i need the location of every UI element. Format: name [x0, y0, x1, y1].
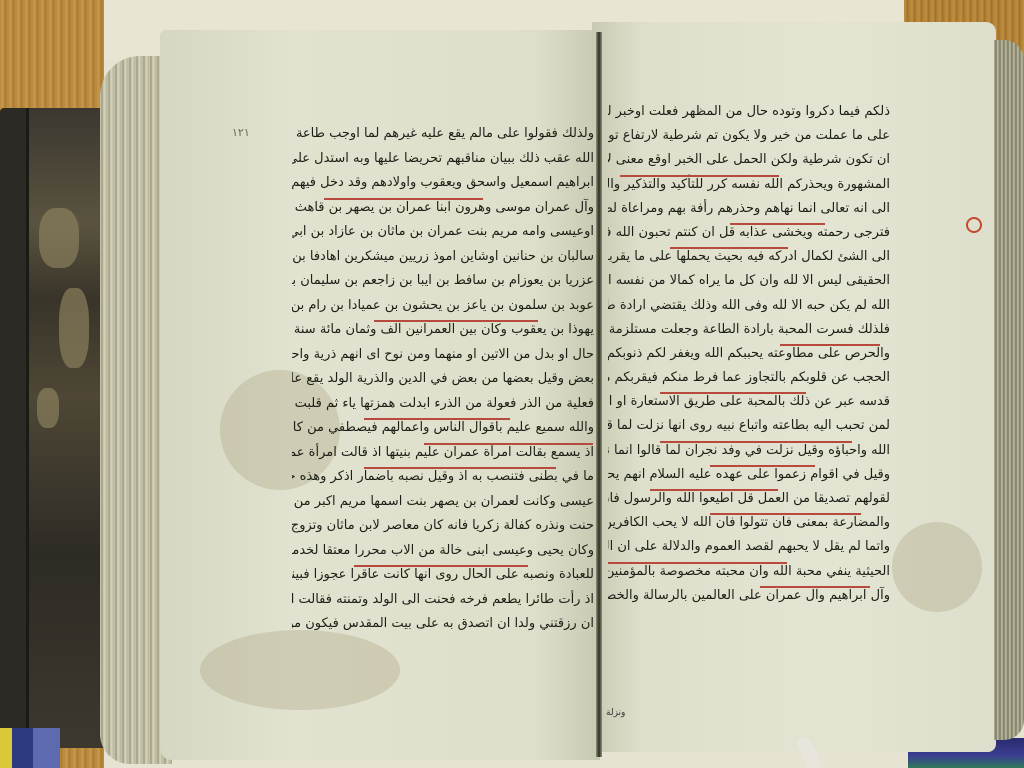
line-text: لقولهم تصديقا من العمل قل اطيعوا الله وا… [608, 491, 890, 506]
manuscript-line: واتما لم يقل لا يحبهم لقصد العموم والدلا… [608, 535, 890, 559]
line-text: الى انه تعالى انما نهاهم وحذرهم رأفة بهم… [608, 201, 890, 216]
line-text: الحقيقى ليس الا لله وان كل ما يراه كمالا… [608, 273, 890, 288]
manuscript-line: الى الشئ لكمال ادركه فيه بحيث يحملها على… [608, 245, 890, 269]
line-text: الحجب عن قلوبكم بالتجاوز عما فرط منكم في… [608, 370, 890, 385]
manuscript-line: ولذلك فقولوا على مالم يقع عليه غيرهم لما… [292, 122, 594, 147]
line-text: للعبادة ونصبه على الحال روى انها كانت عا… [292, 567, 594, 582]
line-text: الله عقب ذلك ببيان مناقبهم تحريضا عليها … [292, 151, 594, 166]
line-text: عزريا بن يعوزام بن سافط بن ايبا بن زاجعم… [292, 273, 594, 288]
manuscript-line: اذ يسمع بقالت امرأة عمران عليم بنيتها اذ… [292, 441, 594, 466]
manuscript-line: وآل ابراهيم وآل عمران على العالمين بالرس… [608, 584, 890, 608]
manuscript-line: للعبادة ونصبه على الحال روى انها كانت عا… [292, 563, 594, 588]
manuscript-line: الحجب عن قلوبكم بالتجاوز عما فرط منكم في… [608, 366, 890, 390]
line-text: فعلية من الذر فعولة من الذرء ابدلت همزته… [292, 396, 594, 411]
rubric-overline [364, 418, 510, 420]
manuscript-line: الحيثية ينفي محبة الله وان محبته مخصوصة … [608, 560, 890, 584]
line-text: المشهورة ويحذركم الله نفسه كرر للتأكيد و… [608, 177, 890, 192]
manuscript-line: الله عقب ذلك ببيان مناقبهم تحريضا عليها … [292, 147, 594, 172]
line-text: الى الشئ لكمال ادركه فيه بحيث يحملها على… [608, 249, 890, 264]
folio-number: ١٢١ [232, 126, 250, 139]
line-text: وآل عمران موسى وهرون ابنا عمران بن يصهر … [292, 200, 594, 215]
manuscript-line: وآل عمران موسى وهرون ابنا عمران بن يصهر … [292, 196, 594, 221]
manuscript-line: ان تكون شرطية ولكن الحمل على الخبر اوقع … [608, 148, 890, 172]
line-text: على ما عملت من خير ولا يكون تم شرطية لار… [608, 128, 890, 143]
line-text: سالبان بن حنانين اوشاين اموذ زريين ميشكر… [292, 249, 594, 264]
page-block-right-edge [994, 40, 1024, 740]
manuscript-line: على ما عملت من خير ولا يكون تم شرطية لار… [608, 124, 890, 148]
manuscript-line: لقولهم تصديقا من العمل قل اطيعوا الله وا… [608, 487, 890, 511]
line-text: ان تكون شرطية ولكن الحمل على الخبر اوقع … [608, 152, 890, 167]
rubric-overline [780, 344, 880, 346]
line-text: فلذلك فسرت المحبة بارادة الطاعة وجعلت مس… [608, 322, 890, 337]
line-text: ذلكم فيما دكروا وتوده حال من المظهر فعلت… [608, 104, 890, 119]
line-text: عوبد بن سلمون بن ياعز بن يحشون بن عميادا… [292, 298, 594, 313]
line-text: الحيثية ينفي محبة الله وان محبته مخصوصة … [608, 564, 890, 579]
manuscript-line: يهوذا بن يعقوب وكان بين العمرانين الف وث… [292, 318, 594, 343]
rubric-overline [424, 443, 593, 445]
line-text: بعض وقيل بعضها من بعض في الدين والذرية ا… [292, 371, 594, 386]
line-text: ما في بطنى فتنصب به اذ وقيل نصبه باضمار … [292, 469, 594, 484]
manuscript-line: بعض وقيل بعضها من بعض في الدين والذرية ا… [292, 367, 594, 392]
manuscript-line: الحقيقى ليس الا لله وان كل ما يراه كمالا… [608, 269, 890, 293]
left-page-text: ولذلك فقولوا على مالم يقع عليه غيرهم لما… [292, 122, 594, 637]
rubric-overline [660, 441, 852, 443]
catchword: ونزلة [606, 708, 625, 718]
line-text: والحرص على مطاوعته يحببكم الله ويغفر لكم… [608, 346, 890, 361]
right-page-text: ذلكم فيما دكروا وتوده حال من المظهر فعلت… [608, 100, 890, 608]
line-text: لمن تحبب اليه بطاعته واتباع نبيه روى انه… [608, 418, 890, 433]
line-text: والمضارعة بمعنى فان تتولوا فان الله لا ي… [608, 515, 890, 530]
rubric-overline [354, 565, 528, 567]
manuscript-line: اذ رأت طائرا يطعم فرخه فحنت الى الولد وت… [292, 588, 594, 613]
manuscript-line: عيسى وكانت لعمران بن يصهر بنت اسمها مريم… [292, 490, 594, 515]
manuscript-line: فترجى رحمته ويخشى عذابه قل ان كنتم تحبون… [608, 221, 890, 245]
line-text: الله لم يكن حبه الا لله وفى الله وذلك يق… [608, 298, 890, 313]
manuscript-line: سالبان بن حنانين اوشاين اموذ زريين ميشكر… [292, 245, 594, 270]
owner-seal-icon [966, 217, 982, 233]
manuscript-line: الله لم يكن حبه الا لله وفى الله وذلك يق… [608, 294, 890, 318]
line-text: قدسه عبر عن ذلك بالمحبة على طريق الاستعا… [608, 394, 890, 409]
rubric-overline [730, 223, 825, 225]
line-text: يهوذا بن يعقوب وكان بين العمرانين الف وث… [292, 322, 594, 337]
line-text: ولذلك فقولوا على مالم يقع عليه غيرهم لما… [292, 126, 594, 141]
line-text: ابراهيم اسمعيل واسحق ويعقوب واولادهم وقد… [292, 175, 594, 190]
line-text: وآل ابراهيم وآل عمران على العالمين بالرس… [608, 588, 890, 603]
line-text: الله واحباؤه وقيل نزلت في وفد نجران لما … [608, 443, 890, 458]
manuscript-line: ما في بطنى فتنصب به اذ وقيل نصبه باضمار … [292, 465, 594, 490]
manuscript-line: الى انه تعالى انما نهاهم وحذرهم رأفة بهم… [608, 197, 890, 221]
line-text: حنت ونذره كفالة زكريا فانه كان معاصر لاب… [292, 518, 594, 533]
rubric-overline [650, 489, 778, 491]
manuscript-line: لمن تحبب اليه بطاعته واتباع نبيه روى انه… [608, 414, 890, 438]
gutter [596, 32, 602, 757]
line-text: ان رزقتني ولدا ان اتصدق به على بيت المقد… [292, 616, 594, 631]
manuscript-line: فعلية من الذر فعولة من الذرء ابدلت همزته… [292, 392, 594, 417]
manuscript-line: ان رزقتني ولدا ان اتصدق به على بيت المقد… [292, 612, 594, 637]
line-text: والله سميع عليم باقوال الناس واعمالهم في… [292, 420, 594, 435]
rubric-overline [608, 562, 787, 564]
line-text: فترجى رحمته ويخشى عذابه قل ان كنتم تحبون… [608, 225, 890, 240]
manuscript-line: وكان يحيى وعيسى ابنى خالة من الاب محررا … [292, 539, 594, 564]
manuscript-line: وقيل في اقوام زعموا على عهده عليه السلام… [608, 463, 890, 487]
line-text: اوعيسى وامه مريم بنت عمران بن ماثان بن ع… [292, 224, 594, 239]
rubric-overline [670, 247, 788, 249]
line-text: وكان يحيى وعيسى ابنى خالة من الاب محررا … [292, 543, 594, 558]
manuscript-line: عزريا بن يعوزام بن سافط بن ايبا بن زاجعم… [292, 269, 594, 294]
manuscript-line: حنت ونذره كفالة زكريا فانه كان معاصر لاب… [292, 514, 594, 539]
manuscript-line: حال او بدل من الاتين او منهما ومن نوح اى… [292, 343, 594, 368]
line-text: اذ يسمع بقالت امرأة عمران عليم بنيتها اذ… [292, 445, 594, 460]
manuscript-line: الله واحباؤه وقيل نزلت في وفد نجران لما … [608, 439, 890, 463]
rubric-overline [374, 320, 538, 322]
manuscript-line: قدسه عبر عن ذلك بالمحبة على طريق الاستعا… [608, 390, 890, 414]
rubric-overline [620, 175, 779, 177]
manuscript-line: والمضارعة بمعنى فان تتولوا فان الله لا ي… [608, 511, 890, 535]
manuscript-line: والحرص على مطاوعته يحببكم الله ويغفر لكم… [608, 342, 890, 366]
manuscript-line: ذلكم فيما دكروا وتوده حال من المظهر فعلت… [608, 100, 890, 124]
manuscript-line: والله سميع عليم باقوال الناس واعمالهم في… [292, 416, 594, 441]
manuscript-line: المشهورة ويحذركم الله نفسه كرر للتأكيد و… [608, 173, 890, 197]
rubric-overline [710, 465, 815, 467]
books-bottom-left [0, 728, 60, 768]
line-text: واتما لم يقل لا يحبهم لقصد العموم والدلا… [608, 539, 890, 554]
rubric-overline [660, 392, 806, 394]
line-text: حال او بدل من الاتين او منهما ومن نوح اى… [292, 347, 594, 362]
rubric-overline [324, 198, 483, 200]
manuscript-line: فلذلك فسرت المحبة بارادة الطاعة وجعلت مس… [608, 318, 890, 342]
manuscript-line: ابراهيم اسمعيل واسحق ويعقوب واولادهم وقد… [292, 171, 594, 196]
manuscript-line: عوبد بن سلمون بن ياعز بن يحشون بن عميادا… [292, 294, 594, 319]
rubric-overline [760, 586, 870, 588]
line-text: عيسى وكانت لعمران بن يصهر بنت اسمها مريم… [292, 494, 594, 509]
line-text: اذ رأت طائرا يطعم فرخه فحنت الى الولد وت… [292, 592, 594, 607]
rubric-overline [710, 513, 861, 515]
rubric-overline [364, 467, 556, 469]
manuscript-line: اوعيسى وامه مريم بنت عمران بن ماثان بن ع… [292, 220, 594, 245]
line-text: وقيل في اقوام زعموا على عهده عليه السلام… [608, 467, 890, 482]
